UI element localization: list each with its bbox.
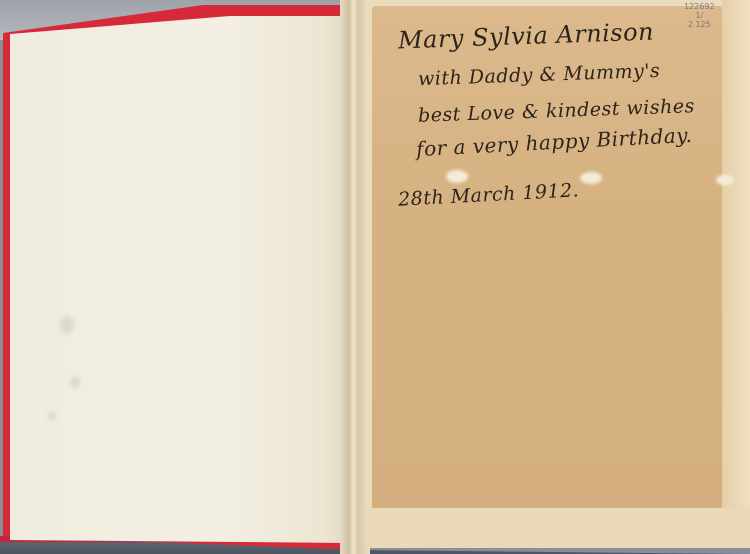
paper-spot [716,175,734,185]
paper-spot [580,172,602,184]
catalog-number: 122692 [684,2,715,11]
catalog-fraction-bottom: 2 125 [684,20,715,29]
foxing-spot [70,376,80,388]
foxing-spot [60,316,74,334]
left-endpaper [10,16,348,543]
paper-spot [446,170,468,183]
catalog-mark: 122692 1/ 2 125 [684,2,715,29]
foxing-spot [48,411,56,421]
bottom-margin [365,508,750,548]
catalog-fraction-top: 1/ [684,11,715,20]
book-photo: 122692 1/ 2 125 Mary Sylvia Arnison with… [0,0,750,554]
right-margin [722,0,750,548]
